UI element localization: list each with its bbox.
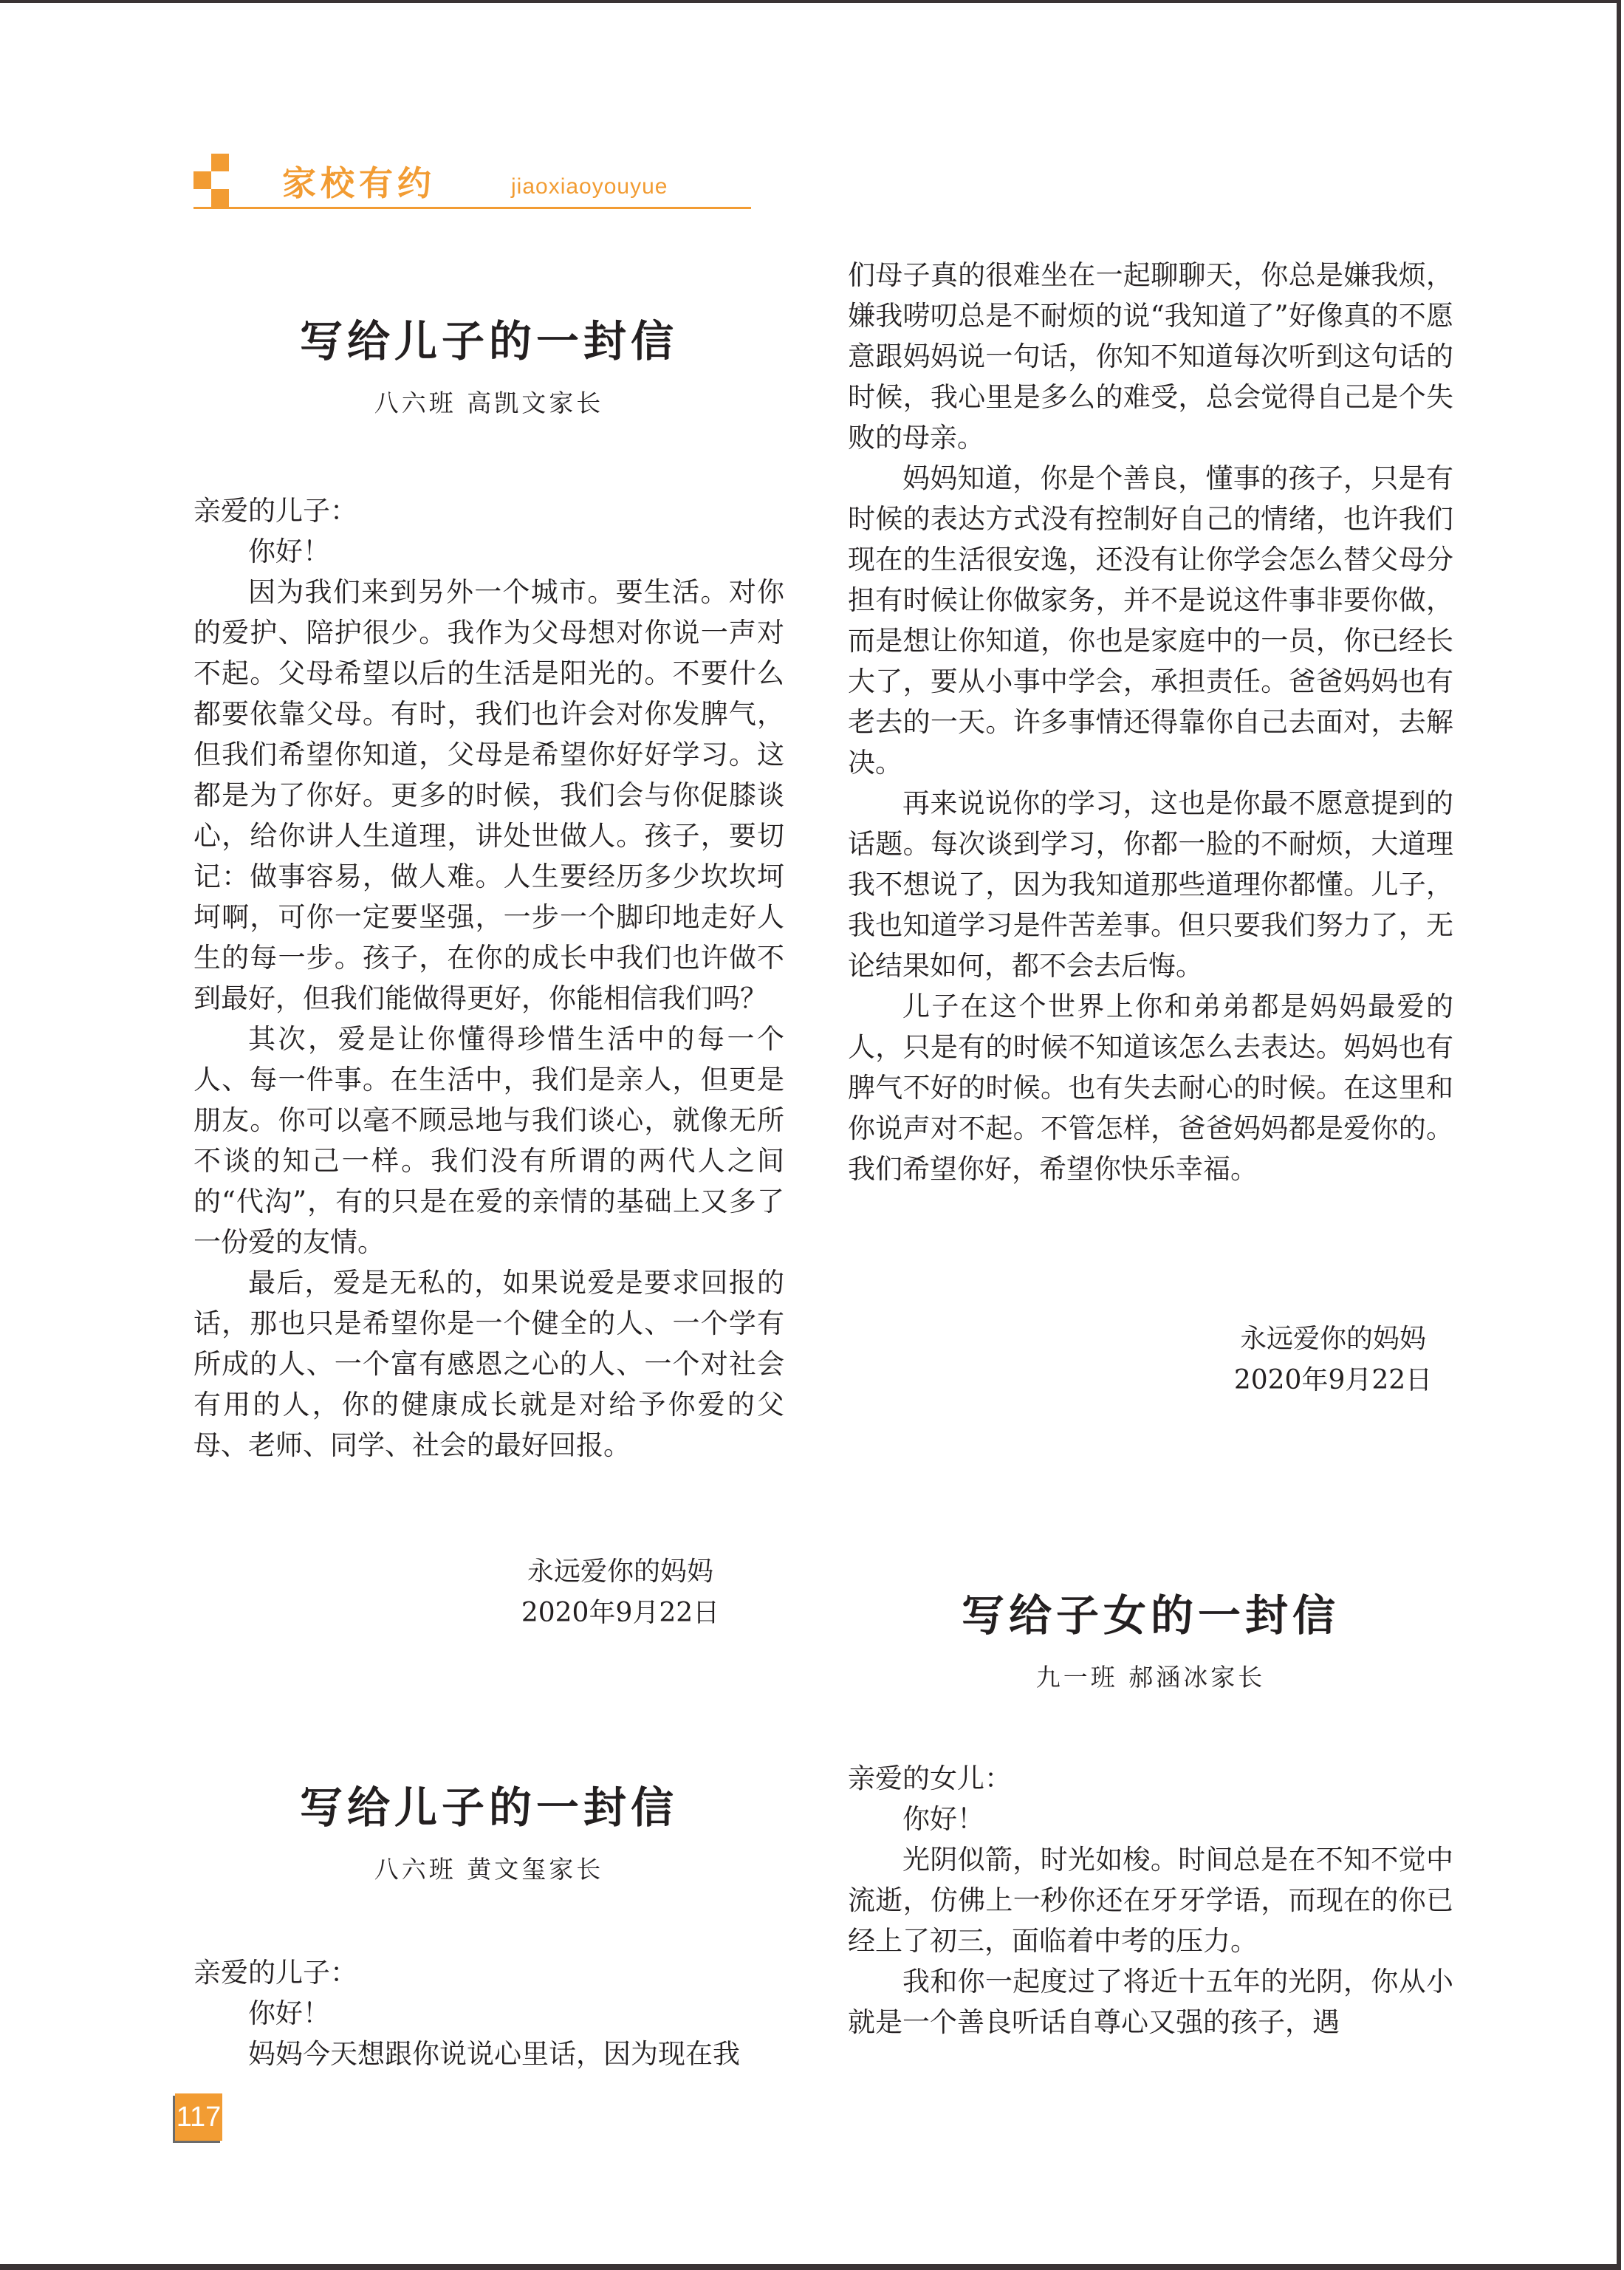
letter-3-greeting: 你好！	[848, 1799, 1453, 1839]
letter-2-body-continued: 们母子真的很难坐在一起聊聊天，你总是嫌我烦，嫌我唠叨总是不耐烦的说“我知道了”好…	[848, 255, 1453, 1189]
letter-1-salutation: 亲爱的儿子：	[193, 490, 784, 531]
letter-2-signature: 永远爱你的妈妈	[1211, 1319, 1455, 1360]
letter-2-salutation: 亲爱的儿子：	[193, 1952, 784, 1993]
checker-squares-icon	[193, 148, 238, 207]
section-title: 家校有约	[282, 157, 436, 205]
letter-1-greeting: 你好！	[193, 531, 784, 572]
letter-1-paragraph: 最后，爱是无私的，如果说爱是要求回报的话，那也只是希望你是一个健全的人、一个学有…	[193, 1262, 784, 1466]
letter-2-greeting: 你好！	[193, 1993, 784, 2034]
letter-3-salutation: 亲爱的女儿：	[848, 1758, 1453, 1799]
letter-1-date: 2020年9月22日	[487, 1593, 753, 1634]
letter-1-signoff: 永远爱你的妈妈 2020年9月22日	[487, 1551, 753, 1634]
letter-1-paragraph: 其次，爱是让你懂得珍惜生活中的每一个人、每一件事。在生活中，我们是亲人，但更是朋…	[193, 1019, 784, 1262]
header-divider	[193, 207, 751, 209]
letter-1-body: 亲爱的儿子： 你好！ 因为我们来到另外一个城市。要生活。对你的爱护、陪护很少。我…	[193, 490, 784, 1466]
section-header: 家校有约 jiaoxiaoyouyue	[193, 148, 751, 208]
letter-2-paragraph: 再来说说你的学习，这也是你最不愿意提到的话题。每次谈到学习，你都一脸的不耐烦，大…	[848, 783, 1453, 986]
letter-1-byline: 八六班 高凯文家长	[193, 384, 784, 419]
letter-2-paragraph: 妈妈知道，你是个善良，懂事的孩子，只是有时候的表达方式没有控制好自己的情绪，也许…	[848, 458, 1453, 783]
letter-1-title: 写给儿子的一封信	[193, 307, 784, 369]
page-number: 117	[175, 2093, 222, 2141]
letter-3-paragraph: 光阴似箭，时光如梭。时间总是在不知不觉中流逝，仿佛上一秒你还在牙牙学语，而现在的…	[848, 1839, 1453, 1961]
letter-2-body-start: 亲爱的儿子： 你好！ 妈妈今天想跟你说说心里话，因为现在我	[193, 1952, 784, 2074]
letter-3-title: 写给子女的一封信	[848, 1581, 1453, 1643]
letter-2-date: 2020年9月22日	[1211, 1360, 1455, 1401]
letter-2-byline: 八六班 黄文玺家长	[193, 1850, 784, 1885]
letter-2-title: 写给儿子的一封信	[193, 1773, 784, 1835]
letter-3-byline: 九一班 郝涵冰家长	[848, 1658, 1453, 1693]
letter-1-signature: 永远爱你的妈妈	[487, 1551, 753, 1593]
letter-2-paragraph: 妈妈今天想跟你说说心里话，因为现在我	[193, 2034, 784, 2074]
letter-2-signoff: 永远爱你的妈妈 2020年9月22日	[1211, 1319, 1455, 1401]
letter-3-body: 亲爱的女儿： 你好！ 光阴似箭，时光如梭。时间总是在不知不觉中流逝，仿佛上一秒你…	[848, 1758, 1453, 2042]
letter-1-paragraph: 因为我们来到另外一个城市。要生活。对你的爱护、陪护很少。我作为父母想对你说一声对…	[193, 572, 784, 1019]
section-pinyin: jiaoxiaoyouyue	[511, 174, 668, 199]
letter-2-paragraph: 儿子在这个世界上你和弟弟都是妈妈最爱的人，只是有的时候不知道该怎么去表达。妈妈也…	[848, 986, 1453, 1189]
letter-3-paragraph: 我和你一起度过了将近十五年的光阴，你从小就是一个善良听话自尊心又强的孩子，遇	[848, 1961, 1453, 2042]
letter-2-paragraph: 们母子真的很难坐在一起聊聊天，你总是嫌我烦，嫌我唠叨总是不耐烦的说“我知道了”好…	[848, 255, 1453, 458]
